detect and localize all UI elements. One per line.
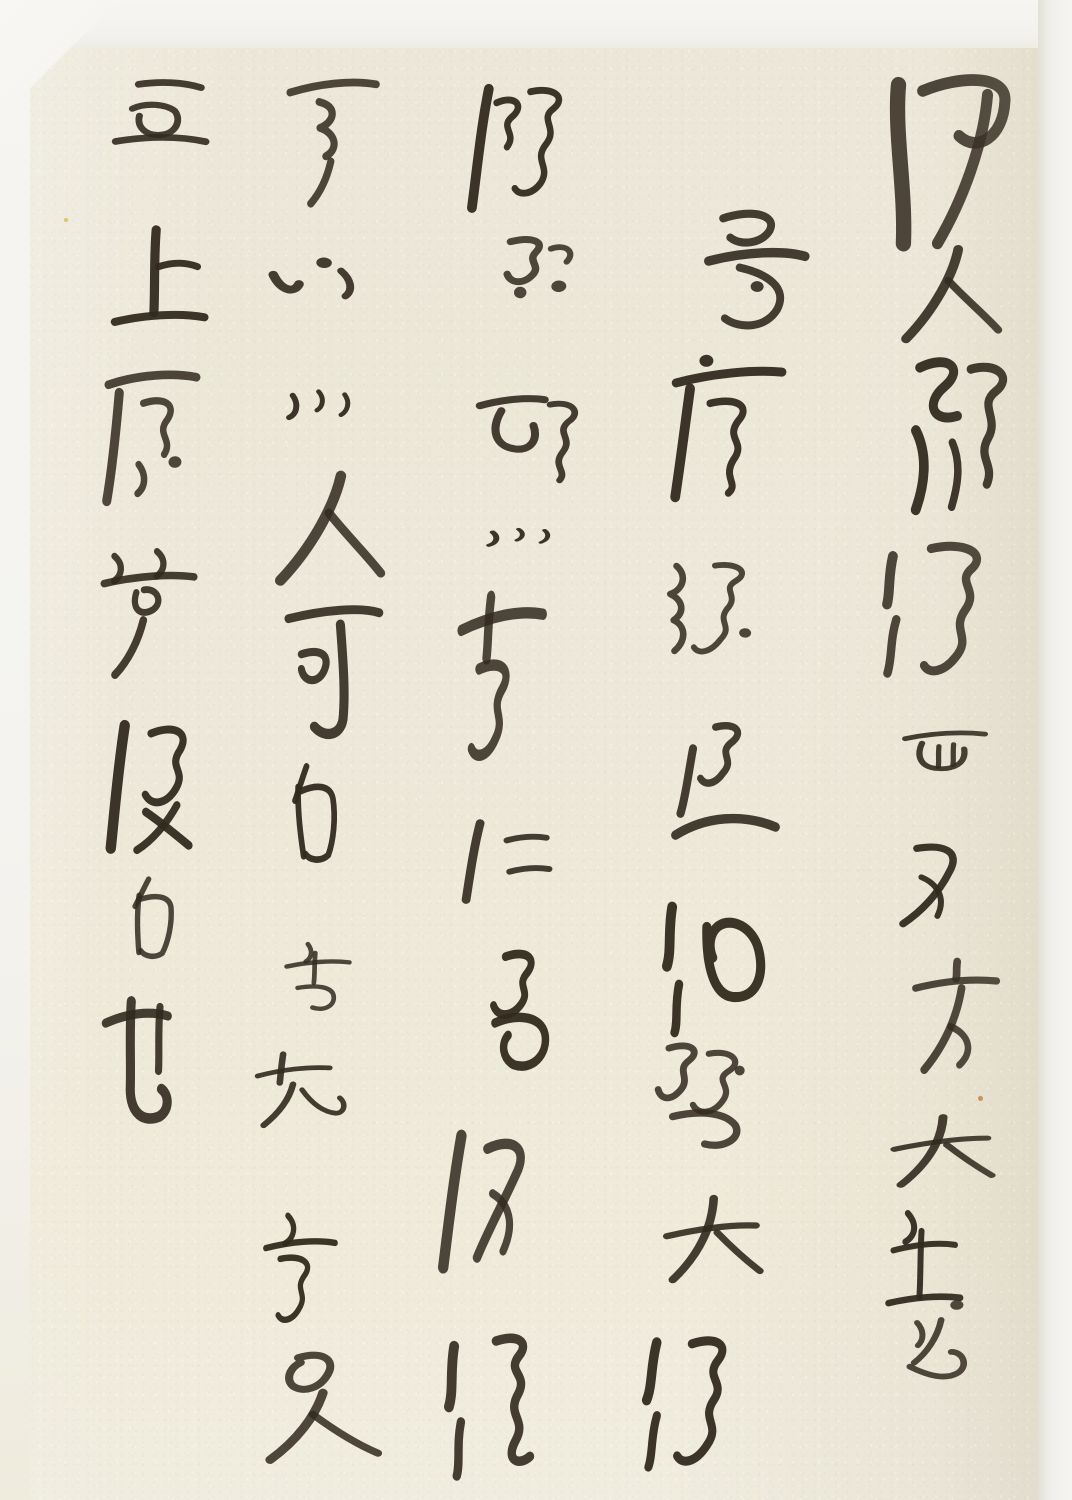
calligraphy-character	[84, 364, 221, 516]
mount-edge-left	[0, 0, 30, 1500]
calligraphy-character	[101, 223, 216, 338]
calligraphy-photo	[0, 0, 1072, 1500]
calligraphy-character	[82, 988, 215, 1142]
calligraphy-character	[111, 872, 204, 967]
calligraphy-column-5-leftmost	[30, 48, 1038, 1500]
calligraphy-character	[84, 542, 211, 682]
mount-edge-right	[1038, 0, 1072, 1500]
mount-edge-top	[0, 0, 1072, 48]
calligraphy-character	[91, 710, 226, 859]
calligraphy-paper	[30, 48, 1038, 1500]
calligraphy-character	[98, 76, 229, 194]
